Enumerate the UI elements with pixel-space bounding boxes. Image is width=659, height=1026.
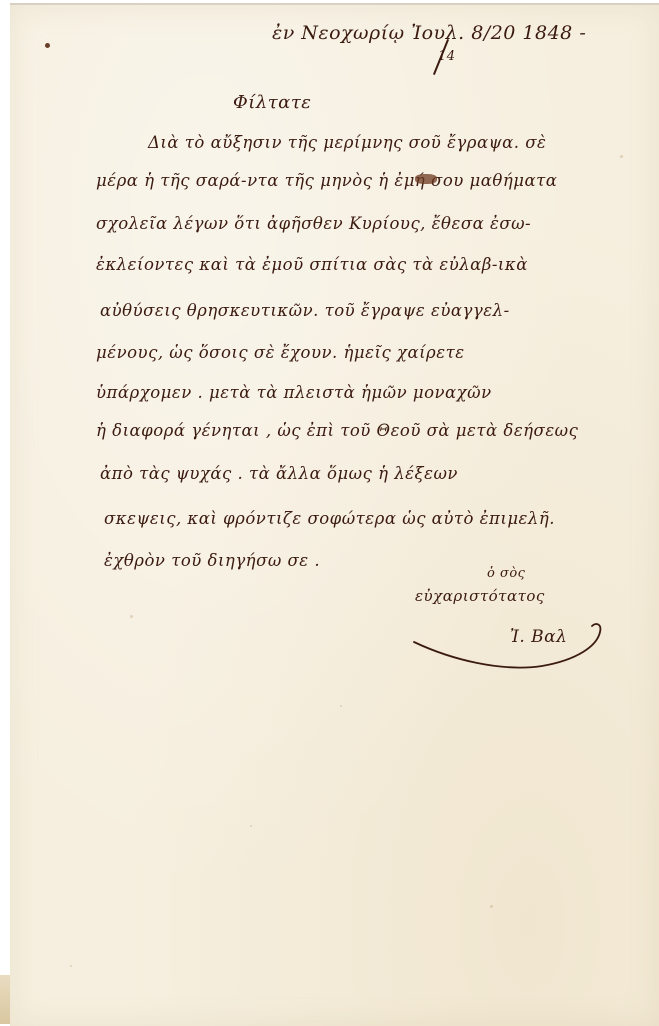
paper-speck [130, 615, 133, 618]
body-line: σχολεῖα λέγων ὅτι ἀφῆσθεν Κυρίους, ἔθεσα… [96, 214, 531, 233]
body-line: μέρα ἡ τῆς σαρά-ντα τῆς μηνὸς ἡ ἐμή σου … [96, 171, 557, 190]
paper-speck [340, 705, 342, 707]
body-line: ἀπὸ τὰς ψυχάς . τὰ ἄλλα ὅμως ἡ λέξεων [100, 464, 458, 483]
paper-speck [620, 155, 623, 158]
signature-flourish-icon [412, 620, 612, 680]
paper-speck [250, 825, 252, 827]
scan-edge [0, 975, 10, 1024]
body-line: Διὰ τὸ αὔξησιν τῆς μερίμνης σοῦ ἔγραψα. … [148, 133, 546, 152]
body-line: ἐχθρὸν τοῦ διηγήσω σε . [104, 551, 320, 570]
body-line: αὐθύσεις θρησκευτικῶν. τοῦ ἔγραψε εὐαγγε… [100, 301, 510, 320]
ink-blot [415, 174, 437, 184]
paper-speck [490, 905, 493, 908]
body-line: ὑπάρχομεν . μετὰ τὰ πλειστὰ ἡμῶν μοναχῶν [96, 383, 492, 402]
salutation: Φίλτατε [233, 92, 311, 113]
ink-spot [45, 43, 50, 48]
body-line: μένους, ὡς ὅσοις σὲ ἔχουν. ἡμεῖς χαίρετε [96, 343, 465, 362]
closing-text: εὐχαριστότατος [415, 587, 545, 605]
date-subscript: 14 [438, 49, 456, 64]
paper-speck [70, 965, 72, 967]
closing-prefix: ὁ σὸς [487, 566, 525, 581]
body-line: ἡ διαφορά γένηται , ὡς ἐπὶ τοῦ Θεοῦ σὰ μ… [96, 421, 578, 440]
body-line: ἐκλείοντες καὶ τὰ ἐμοῦ σπίτια σὰς τὰ εὐλ… [96, 255, 528, 274]
place-date: ἐν Νεοχωρίῳ Ἰουλ. 8/20 1848 - [272, 22, 586, 44]
body-line: σκεψεις, καὶ φρόντιζε σοφώτερα ὡς αὐτὸ ἐ… [104, 509, 555, 528]
